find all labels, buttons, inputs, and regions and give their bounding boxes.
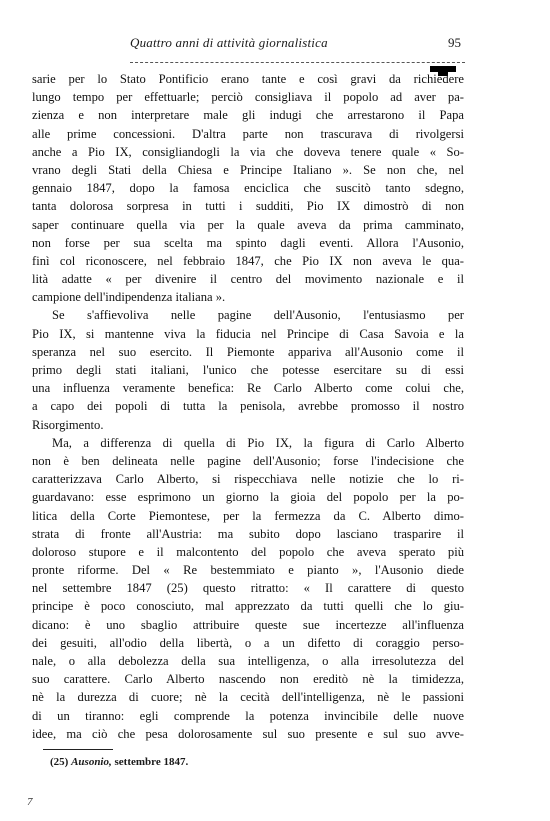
text-line: sarie per lo Stato Pontificio erano tant… (32, 70, 464, 88)
text-line: alle prime concessioni. D'altra parte no… (32, 125, 464, 143)
body-text: sarie per lo Stato Pontificio erano tant… (32, 70, 464, 743)
text-line: tanta dolorosa sorpresa in tutti i suddi… (32, 197, 464, 215)
text-line: Risorgimento. (32, 416, 464, 434)
text-line: caratterizzava Carlo Alberto, si rispecc… (32, 470, 464, 488)
page-number: 95 (448, 35, 461, 51)
text-line: non è ben delineata nelle pagine dell'Au… (32, 452, 464, 470)
text-line: guardavano: esse esprimono un giorno la … (32, 488, 464, 506)
text-line: una influenza veramente benefica: Re Car… (32, 379, 464, 397)
text-line: speranza nel suo esercito. Il Piemonte a… (32, 343, 464, 361)
text-line: zienza e non interpretare male gli indug… (32, 106, 464, 124)
text-line: doloroso stupore e il malcontento del po… (32, 543, 464, 561)
text-line: idee, ma ciò che pesa dolorosamente sul … (32, 725, 464, 743)
footnote-rule (43, 749, 113, 750)
text-line: dei gesuiti, all'odio della libertà, o a… (32, 634, 464, 652)
text-line: principe è poco conosciuto, mal apprezza… (32, 597, 464, 615)
text-line: campione dell'indipendenza italiana ». (32, 288, 464, 306)
text-line: anche a Pio IX, consigliandogli la via c… (32, 143, 464, 161)
footnote-date: settembre 1847. (115, 756, 189, 768)
text-line: lungo tempo per effettuarle; perciò cons… (32, 88, 464, 106)
text-line: di un tiranno: egli comprende la potenza… (32, 707, 464, 725)
text-line: vrano degli Stati della Chiesa e Princip… (32, 161, 464, 179)
running-title: Quattro anni di attività giornalistica (130, 35, 328, 51)
text-line: lità adatte « per divenire il centro del… (32, 270, 464, 288)
text-line: finì col riconoscere, nel febbraio 1847,… (32, 252, 464, 270)
signature-mark: 7 (27, 796, 33, 808)
text-line: nel settembre 1847 (25) questo ritratto:… (32, 579, 464, 597)
header-rule (130, 62, 465, 63)
text-line: Ma, a differenza di quella di Pio IX, la… (32, 434, 464, 452)
text-line: Se s'affievoliva nelle pagine dell'Auson… (32, 306, 464, 324)
text-line: saper continuare quella via per la quale… (32, 216, 464, 234)
running-header: Quattro anni di attività giornalistica 9… (130, 35, 465, 55)
text-line: nale, o alla debolezza della sua intelli… (32, 652, 464, 670)
text-line: strata di fronte all'Austria: ma subito … (32, 525, 464, 543)
footnote-source: Ausonio, (71, 756, 112, 768)
text-line: suo carattere. Carlo Alberto nascendo no… (32, 670, 464, 688)
text-line: nè la durezza di cuore; nè la cecità del… (32, 688, 464, 706)
text-line: litica della Corte Piemontese, per la fe… (32, 507, 464, 525)
text-line: a capo dei popoli di tutta la penisola, … (32, 397, 464, 415)
text-line: pronte riforme. Del « Re bestemmiato e p… (32, 561, 464, 579)
text-line: Pio IX, si mantenne viva la fiducia nel … (32, 325, 464, 343)
footnote-number: (25) (50, 756, 68, 768)
footnote: (25) Ausonio, settembre 1847. (50, 756, 188, 768)
text-line: gennaio 1847, dopo la famosa enciclica c… (32, 179, 464, 197)
text-line: dicano: è uno sbaglio attribuire queste … (32, 616, 464, 634)
text-line: non forse per sua scelta ma spinto dagli… (32, 234, 464, 252)
text-line: primo degli stati italiani, l'unico che … (32, 361, 464, 379)
